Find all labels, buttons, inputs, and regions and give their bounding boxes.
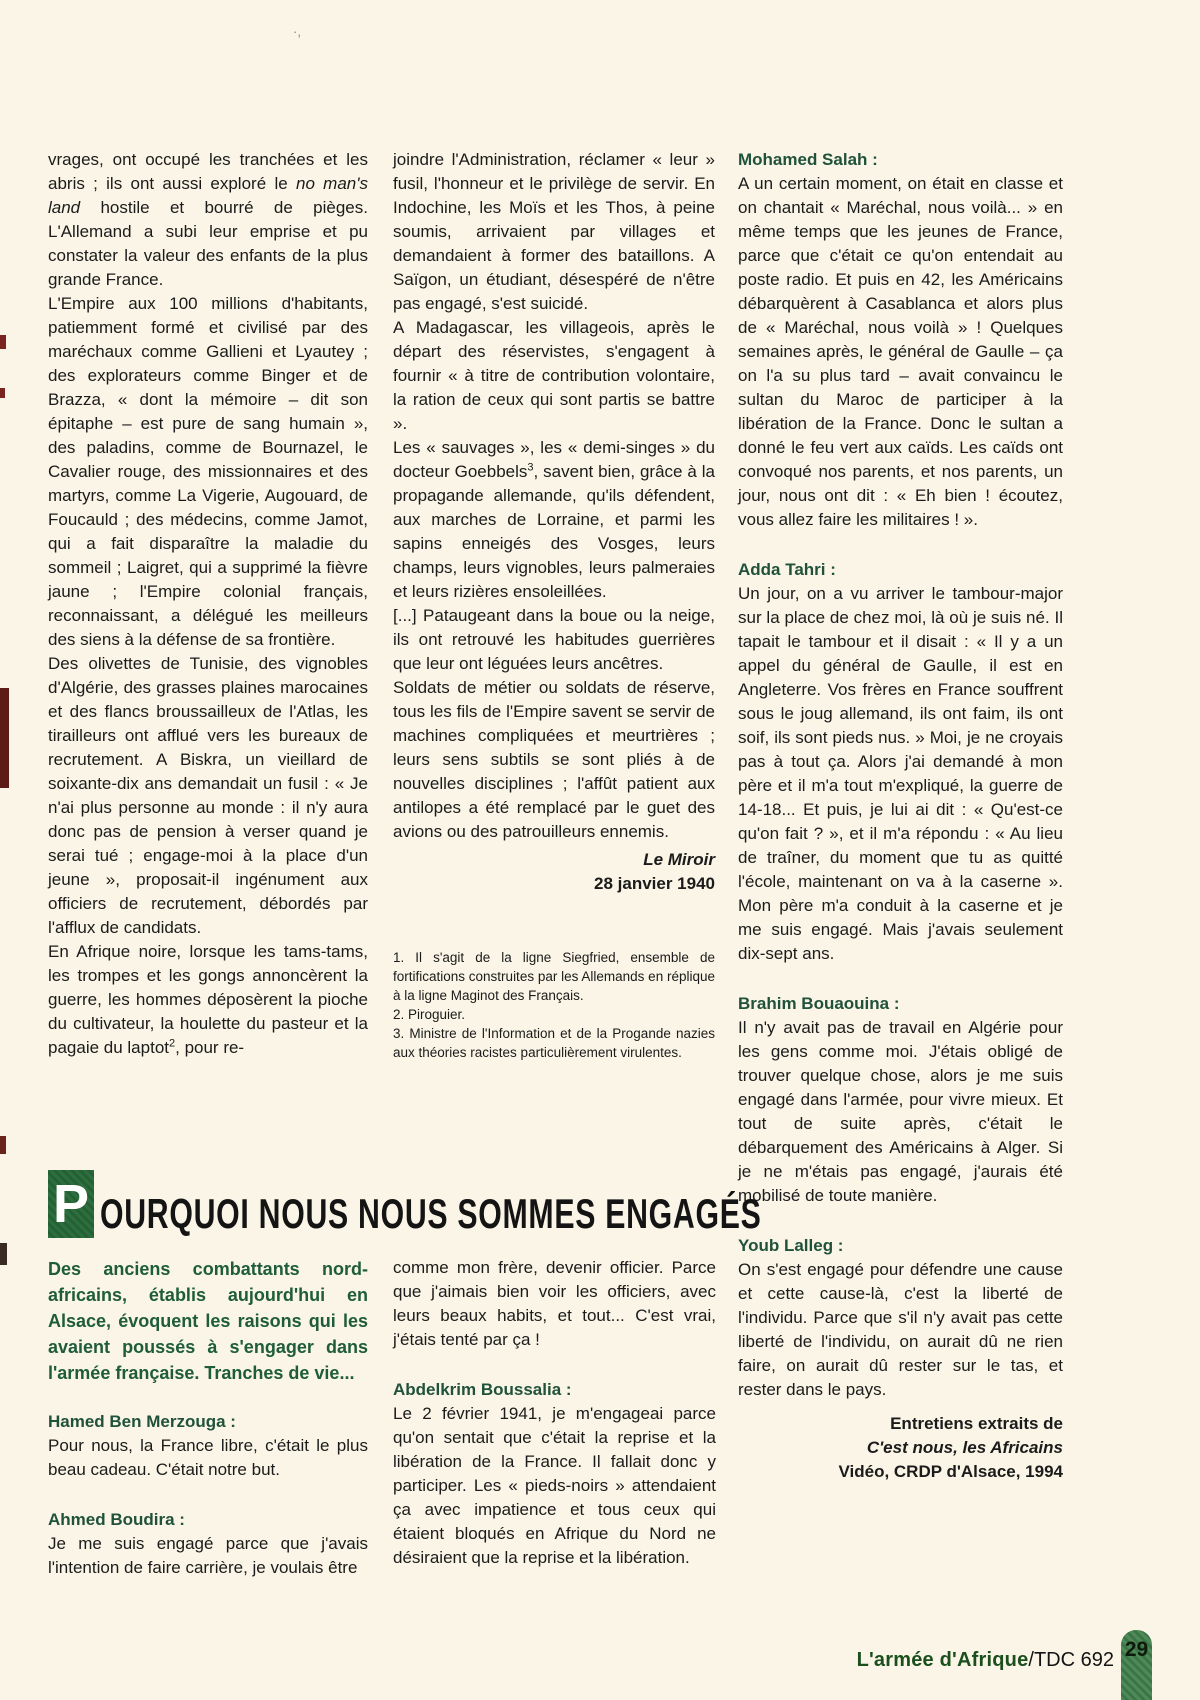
scan-mark: [0, 388, 5, 398]
closing-line: Vidéo, CRDP d'Alsace, 1994: [738, 1460, 1063, 1484]
paragraph: [...] Pataugeant dans la boue ou la neig…: [393, 604, 715, 676]
article-column-2: joindre l'Administration, réclamer « leu…: [393, 148, 715, 1062]
closing-line: Entretiens extraits de: [738, 1412, 1063, 1436]
section-engagement: P OURQUOI NOUS NOUS SOMMES ENGAGÉS Des a…: [48, 1168, 716, 1580]
paragraph: Soldats de métier ou soldats de réserve,…: [393, 676, 715, 844]
magazine-page: ·, vrages, ont occupé les tranchées et l…: [0, 0, 1200, 1700]
scan-mark: ·,: [293, 24, 301, 39]
testimony-text: Pour nous, la France libre, c'était le p…: [48, 1434, 368, 1482]
testimony-text: A un certain moment, on était en classe …: [738, 172, 1063, 532]
article-column-1: vrages, ont occupé les tranchées et les …: [48, 148, 368, 1060]
testimony-name: Abdelkrim Boussalia :: [393, 1378, 716, 1402]
testimony-name: Adda Tahri :: [738, 558, 1063, 582]
testimony-name: Hamed Ben Merzouga :: [48, 1410, 368, 1434]
testimony-name: Mohamed Salah :: [738, 148, 1063, 172]
section-column-2: comme mon frère, devenir officier. Parce…: [393, 1256, 716, 1580]
testimony-text: Il n'y avait pas de travail en Algérie p…: [738, 1016, 1063, 1208]
testimony-text: On s'est engagé pour défendre une cause …: [738, 1258, 1063, 1402]
section-title: OURQUOI NOUS NOUS SOMMES ENGAGÉS: [100, 1190, 762, 1238]
dropcap-p: P: [48, 1170, 94, 1238]
paragraph: joindre l'Administration, réclamer « leu…: [393, 148, 715, 316]
footnote: 3. Ministre de l'Information et de la Pr…: [393, 1024, 715, 1062]
scan-mark: [0, 688, 9, 788]
testimonies-column: Mohamed Salah : A un certain moment, on …: [738, 148, 1063, 1484]
footer-issue: /TDC 692: [1028, 1649, 1114, 1671]
testimony-name: Ahmed Boudira :: [48, 1508, 368, 1532]
page-number: 29: [1125, 1638, 1148, 1662]
closing-attribution: Entretiens extraits de C'est nous, les A…: [738, 1412, 1063, 1484]
attribution: Le Miroir 28 janvier 1940: [393, 848, 715, 896]
paragraph: A Madagascar, les villageois, après le d…: [393, 316, 715, 436]
testimony-name: Youb Lalleg :: [738, 1234, 1063, 1258]
paragraph: L'Empire aux 100 millions d'habitants, p…: [48, 292, 368, 652]
scan-mark: [0, 1243, 7, 1265]
section-columns: Des anciens combattants nord-africains, …: [48, 1256, 716, 1580]
footnotes: 1. Il s'agit de la ligne Siegfried, ense…: [393, 948, 715, 1062]
testimony-text: Le 2 février 1941, je m'engageai parce q…: [393, 1402, 716, 1570]
paragraph: Des olivettes de Tunisie, des vignobles …: [48, 652, 368, 940]
paragraph-text: , savent bien, grâce à la propagande all…: [393, 462, 715, 601]
attribution-date: 28 janvier 1940: [393, 872, 715, 896]
footnote: 1. Il s'agit de la ligne Siegfried, ense…: [393, 948, 715, 1005]
testimony-text: Je me suis engagé parce que j'avais l'in…: [48, 1532, 368, 1580]
paragraph: vrages, ont occupé les tranchées et les …: [48, 148, 368, 292]
footer-title: L'armée d'Afrique: [857, 1649, 1029, 1671]
section-header: P OURQUOI NOUS NOUS SOMMES ENGAGÉS: [48, 1168, 716, 1238]
scan-mark: [0, 1136, 6, 1154]
footnote: 2. Piroguier.: [393, 1005, 715, 1024]
page-number-tab: 29: [1121, 1630, 1152, 1700]
paragraph-text: , pour re-: [175, 1038, 244, 1057]
closing-source-title: C'est nous, les Africains: [738, 1436, 1063, 1460]
testimony-name: Brahim Bouaouina :: [738, 992, 1063, 1016]
paragraph: En Afrique noire, lorsque les tams-tams,…: [48, 940, 368, 1060]
paragraph-text: hostile et bourré de pièges. L'Allemand …: [48, 198, 368, 289]
page-footer: L'armée d'Afrique/TDC 692: [857, 1649, 1114, 1672]
scan-mark: [0, 335, 6, 349]
testimony-text: Un jour, on a vu arriver le tambour-majo…: [738, 582, 1063, 966]
attribution-source: Le Miroir: [393, 848, 715, 872]
section-column-1: Des anciens combattants nord-africains, …: [48, 1256, 368, 1580]
paragraph: Les « sauvages », les « demi-singes » du…: [393, 436, 715, 604]
testimony-text: comme mon frère, devenir officier. Parce…: [393, 1256, 716, 1352]
section-intro: Des anciens combattants nord-africains, …: [48, 1256, 368, 1386]
